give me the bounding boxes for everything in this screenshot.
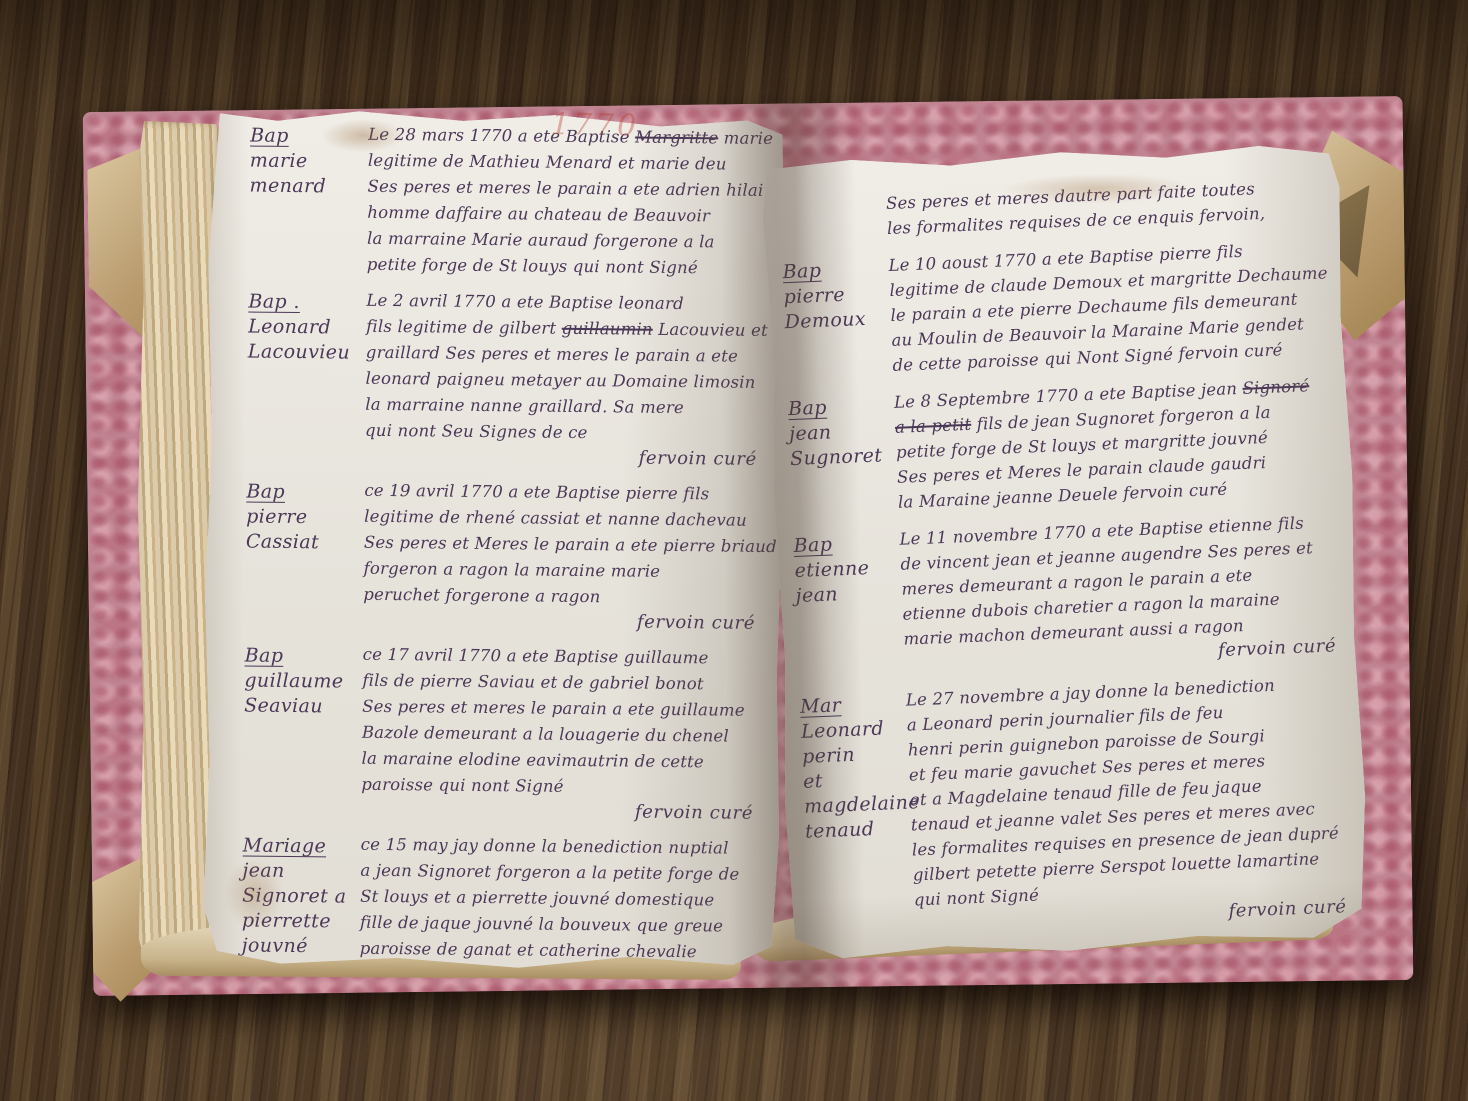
record-line: qui nont Signé	[913, 870, 1360, 913]
cure-signature: fervoin curé	[361, 798, 767, 826]
margin-word: pierre	[246, 505, 364, 531]
record-line: a la petit fils de jean Sugnoret forgero…	[894, 397, 1341, 440]
record-line: homme daffaire au chateau de Beauvoir	[367, 200, 773, 230]
right-page-records: Ses peres et meres dautre part faite tou…	[780, 173, 1362, 953]
cure-signature: fervoin curé	[914, 895, 1361, 937]
left-page-records: BapmariemenardLe 28 mars 1770 a ete Bapt…	[241, 121, 774, 973]
record-line: au Moulin de Beauvoir la Maraine Marie g…	[891, 310, 1338, 353]
margin-word: Seaviau	[244, 693, 362, 719]
struck-text: guillaumin	[562, 319, 653, 339]
record-text: ce 17 avril 1770 a ete Baptise guillaume…	[361, 642, 769, 826]
struck-text: a la petit	[895, 415, 972, 437]
margin-word: Mariage	[243, 833, 361, 859]
margin-word: Bap	[246, 480, 364, 506]
record-line: fils de pierre Saviau et de gabriel bono…	[362, 668, 768, 698]
record-text: ce 19 avril 1770 a ete Baptise pierre fi…	[363, 478, 771, 636]
record-line: la Maraine jeanne Deuele fervoin curé	[897, 472, 1344, 515]
record-line: et a Magdelaine tenaud fille de feu jaqu…	[909, 770, 1356, 813]
record-line: Le 27 novembre a jay donne la benedictio…	[905, 670, 1352, 713]
record-line: qui nont Seu Signes de ce	[365, 418, 771, 448]
faint-year-mark: 1770	[550, 107, 639, 144]
margin-word: Bap .	[248, 290, 366, 316]
record-line: Ses peres et Meres le parain a ete pierr…	[364, 530, 770, 560]
record-line: les formalites requises de ce enquis fer…	[886, 198, 1333, 241]
record-line: a jean Signoret forgeron a la petite for…	[360, 858, 766, 888]
margin-word: Lacouvieu	[248, 340, 366, 366]
wood-table: BapmariemenardLe 28 mars 1770 a ete Bapt…	[0, 0, 1468, 1101]
baptism-record: BapetiennejeanLe 11 novembre 1770 a ete …	[793, 509, 1351, 680]
margin-word: marie	[250, 149, 368, 175]
record-line: Ses peres et Meres le parain claude gaud…	[896, 447, 1343, 490]
margin-heading: Bapmariemenard	[249, 121, 369, 278]
baptism-record: BappierreCassiatce 19 avril 1770 a ete B…	[245, 477, 771, 636]
record-line: legitime de Mathieu Menard et marie deu	[368, 148, 774, 178]
left-page: BapmariemenardLe 28 mars 1770 a ete Bapt…	[199, 108, 788, 972]
record-line: Le 2 avril 1770 a ete Baptise leonard	[366, 288, 772, 318]
margin-heading	[780, 191, 888, 245]
margin-word: et	[803, 766, 910, 795]
margin-heading: MarLeonardperinetmagdelainetenaud	[800, 688, 916, 941]
record-line: St louys et a pierrette jouvné domestiqu…	[360, 884, 766, 914]
margin-word: Bap	[782, 256, 889, 285]
record-text: Le 11 novembre 1770 a ete Baptise etienn…	[899, 509, 1351, 676]
struck-text: Margritte	[635, 128, 718, 148]
record-text: Le 2 avril 1770 a ete Baptise leonardfil…	[365, 288, 773, 472]
margin-word: pierrette	[242, 908, 360, 934]
margin-word: jean	[789, 418, 896, 447]
margin-heading: BappierreDemoux	[782, 253, 893, 382]
margin-word: Leonard	[248, 315, 366, 341]
margin-word: Cassiat	[246, 530, 364, 556]
margin-word: etienne	[794, 555, 901, 584]
cure-signature: fervoin curé	[904, 634, 1351, 676]
baptism-record: BapguillaumeSeaviauce 17 avril 1770 a et…	[243, 641, 769, 826]
record-text: ce 15 may jay donne la benediction nupti…	[359, 832, 766, 966]
record-line: Bazole demeurant a la louagerie du chene…	[362, 720, 768, 750]
margin-word: Leonard	[801, 716, 908, 745]
record-line: peruchet forgerone a ragon	[363, 582, 769, 612]
struck-text: Signoré	[1242, 376, 1309, 398]
record-line: leonard paigneu metayer au Domaine limos…	[365, 366, 771, 396]
record-text: Le 28 mars 1770 a ete Baptise Margritte …	[367, 122, 775, 282]
margin-word: Bap	[788, 393, 895, 422]
margin-word: Sugnoret	[790, 443, 897, 472]
record-line: fille de jaque jouvné la bouveux que gre…	[360, 910, 766, 940]
margin-heading: BappierreCassiat	[245, 477, 365, 632]
record-line: la marraine nanne graillard. Sa mere	[365, 392, 771, 422]
cure-signature: fervoin curé	[363, 608, 769, 636]
baptism-record: Bap .LeonardLacouvieuLe 2 avril 1770 a e…	[247, 287, 773, 472]
margin-word: menard	[249, 174, 367, 200]
baptism-record: BapmariemenardLe 28 mars 1770 a ete Bapt…	[249, 121, 775, 282]
cure-signature: fervoin curé	[365, 444, 771, 472]
record-line: a Leonard perin journalier fils de feu	[906, 695, 1353, 738]
record-line: et feu marie gavuchet Ses peres et meres	[908, 745, 1355, 788]
margin-heading: Bap .LeonardLacouvieu	[247, 287, 367, 468]
record-line: paroisse qui nont Signé	[361, 772, 767, 802]
margin-word: Bap	[793, 530, 900, 559]
record-line: Ses peres et meres le parain a ete guill…	[362, 694, 768, 724]
baptism-record: BappierreDemouxLe 10 aoust 1770 a ete Ba…	[782, 235, 1339, 382]
margin-word: jean	[795, 580, 902, 609]
record-text: Le 27 novembre a jay donne la benedictio…	[905, 670, 1361, 937]
margin-word: magdelaine	[804, 791, 911, 820]
record-line: marie machon demeurant aussi a ragon	[903, 609, 1350, 652]
margin-heading: BapguillaumeSeaviau	[243, 641, 363, 822]
record-line: petite forge de St louys et margritte jo…	[895, 422, 1342, 465]
margin-word: perin	[802, 741, 909, 770]
record-line: meres demeurant a ragon le parain a ete	[901, 559, 1348, 602]
record-line: tenaud et jeanne valet Ses peres et mere…	[910, 795, 1357, 838]
margin-word: jean Signoret a	[242, 858, 361, 909]
margin-heading: Bapetiennejean	[793, 527, 905, 680]
margin-word: tenaud	[805, 816, 912, 845]
record-line: de vincent jean et jeanne augendre Ses p…	[900, 534, 1347, 577]
record-line: legitime de claude Demoux et margritte D…	[889, 260, 1336, 303]
record-line: le parain a ete pierre Dechaume fils dem…	[890, 285, 1337, 328]
margin-word: Demoux	[784, 306, 891, 335]
register-book: BapmariemenardLe 28 mars 1770 a ete Bapt…	[83, 96, 1414, 996]
marriage-record: Mariagejean Signoret apierrettejouvnéce …	[241, 830, 766, 965]
margin-heading: Mariagejean Signoret apierrettejouvné	[241, 830, 360, 961]
margin-heading: BapjeanSugnoret	[788, 390, 899, 519]
margin-word: guillaume	[244, 668, 362, 694]
record-text: Le 8 Septembre 1770 a ete Baptise jean S…	[893, 372, 1344, 515]
record-line: la marraine Marie auraud forgerone a la	[367, 226, 773, 256]
margin-word: Bap	[245, 644, 363, 670]
record-line: gilbert petette pierre Serspot louette l…	[912, 845, 1359, 888]
baptism-record: BapjeanSugnoretLe 8 Septembre 1770 a ete…	[788, 372, 1345, 519]
margin-word: jouvné	[242, 933, 360, 959]
record-line: henri perin guignebon paroisse de Sourgi	[907, 720, 1354, 763]
record-line: la maraine elodine eavimautrin de cette	[361, 746, 767, 776]
record-line: etienne dubois charetier a ragon la mara…	[902, 584, 1349, 627]
record-line: Le 11 novembre 1770 a ete Baptise etienn…	[899, 509, 1346, 552]
record-text: Le 10 aoust 1770 a ete Baptise pierre fi…	[888, 235, 1339, 378]
margin-word: Mar	[800, 691, 907, 720]
record-line: de cette paroisse qui Nont Signé fervoin…	[892, 335, 1339, 378]
record-line: Ses peres et meres le parain a ete adrie…	[367, 174, 773, 204]
record-line: forgeron a ragon la maraine marie	[363, 556, 769, 586]
record-line: ce 19 avril 1770 a ete Baptise pierre fi…	[364, 478, 770, 508]
record-line: Le 10 aoust 1770 a ete Baptise pierre fi…	[888, 235, 1335, 278]
record-line: les formalites requises en presence de j…	[911, 820, 1358, 863]
record-line: graillard Ses peres et meres le parain a…	[366, 340, 772, 370]
record-line: ce 17 avril 1770 a ete Baptise guillaume	[363, 642, 769, 672]
record-line: Le 8 Septembre 1770 a ete Baptise jean S…	[893, 372, 1340, 415]
margin-word: Bap	[250, 124, 368, 150]
right-page: Ses peres et meres dautre part faite tou…	[758, 139, 1372, 964]
margin-word: pierre	[783, 281, 890, 310]
record-line: fils legitime de gilbert guillaumin Laco…	[366, 314, 772, 344]
record-text: Ses peres et meres dautre part faite tou…	[885, 173, 1333, 241]
record-line: ce 15 may jay donne la benediction nupti…	[361, 832, 767, 862]
continuation-record: Ses peres et meres dautre part faite tou…	[780, 173, 1334, 245]
record-line: legitime de rhené cassiat et nanne dache…	[364, 504, 770, 534]
record-line: Ses peres et meres dautre part faite tou…	[885, 173, 1332, 216]
record-line: petite forge de St louys qui nont Signé	[367, 252, 773, 282]
marriage-record: MarLeonardperinetmagdelainetenaudLe 27 n…	[800, 670, 1362, 941]
